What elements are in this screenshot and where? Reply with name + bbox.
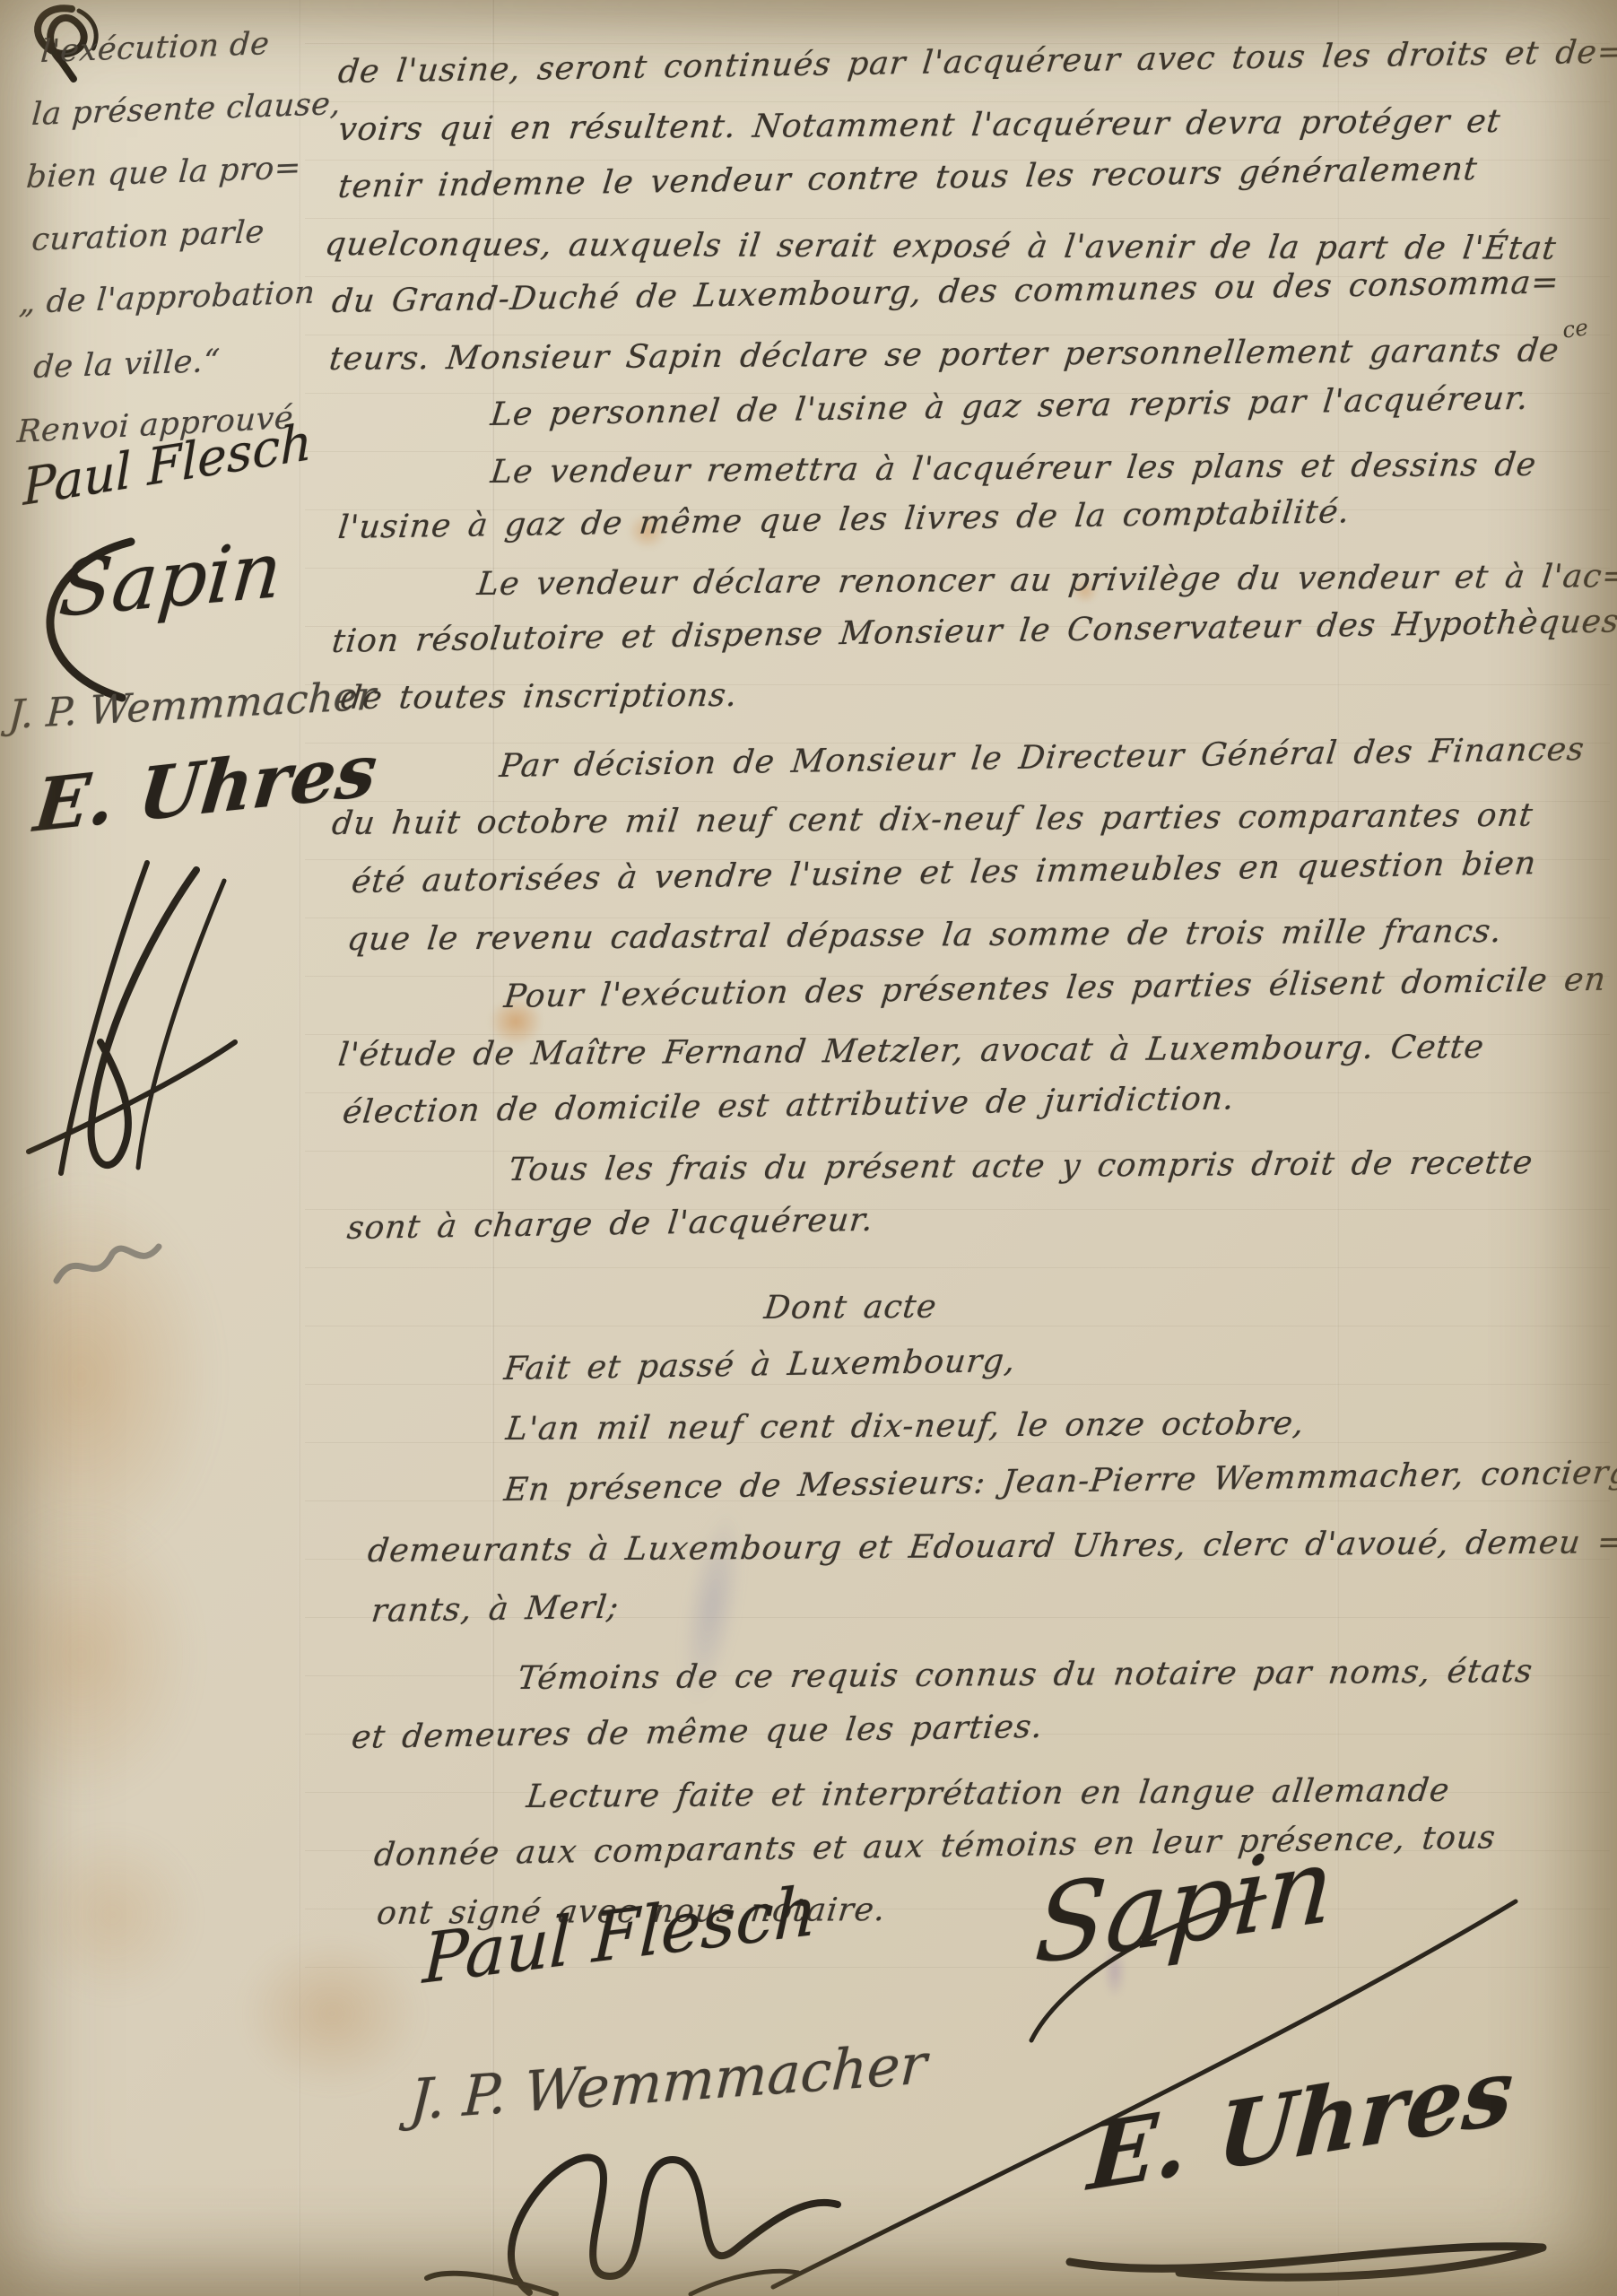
signature-uhres-underline: [1054, 2222, 1556, 2294]
stain: [242, 1937, 422, 2090]
manuscript-page: l'exécution de la présente clause, bien …: [0, 0, 1617, 2296]
signature-metzler-paraphe: [422, 2142, 852, 2296]
signature-flesch: Paul Flesch: [422, 1870, 819, 1999]
manuscript-line: l'étude de Maître Fernand Metzler, avoca…: [336, 1029, 1486, 1074]
manuscript-line: demeurants à Luxembourg et Edouard Uhres…: [366, 1524, 1617, 1570]
signature-metzler-paraphe-margin: [13, 854, 246, 1186]
manuscript-line: Pour l'exécution des présentes les parti…: [502, 961, 1608, 1015]
stain: [27, 1830, 197, 2000]
margin-note-line: de la ville.“: [32, 344, 221, 386]
manuscript-line: élection de domicile est attributive de …: [341, 1080, 1237, 1131]
manuscript-line: et demeures de même que les parties.: [350, 1709, 1045, 1756]
manuscript-line: rants, à Merl;: [369, 1589, 621, 1630]
manuscript-line: L'an mil neuf cent dix-neuf, le onze oct…: [504, 1405, 1307, 1448]
superscript-ce: ce: [1560, 314, 1590, 344]
manuscript-line: Le personnel de l'usine à gaz sera repri…: [489, 380, 1531, 433]
manuscript-line: quelconques, auxquels il serait exposé à…: [323, 226, 1559, 267]
signature-sapin-margin: Sapin: [56, 525, 285, 635]
manuscript-line: Par décision de Monsieur le Directeur Gé…: [498, 731, 1587, 785]
manuscript-line: du Grand-Duché de Luxembourg, des commun…: [330, 265, 1561, 320]
manuscript-line: sont à charge de l'acquéreur.: [345, 1202, 875, 1247]
manuscript-line: Le vendeur déclare renoncer au privilège…: [475, 558, 1617, 603]
manuscript-line: de l'usine, seront continués par l'acqué…: [336, 34, 1617, 91]
signature-uhres-margin: E. Uhres: [30, 726, 381, 848]
fold-crease: [298, 0, 300, 2296]
manuscript-line: tion résolutoire et dispense Monsieur le…: [330, 603, 1617, 660]
manuscript-line: Fait et passé à Luxembourg,: [502, 1343, 1018, 1387]
manuscript-line: du huit octobre mil neuf cent dix-neuf l…: [330, 797, 1535, 842]
margin-note-line: „ de l'approbation: [18, 275, 317, 321]
manuscript-line: Lecture faite et interprétation en langu…: [525, 1772, 1452, 1815]
margin-note-line: l'exécution de: [39, 26, 271, 70]
margin-note-line: la présente clause,: [30, 86, 343, 133]
manuscript-line-dont-acte: Dont acte: [762, 1289, 939, 1326]
margin-note-line: curation parle: [30, 214, 265, 258]
manuscript-line: de toutes inscriptions.: [339, 677, 740, 717]
manuscript-line: Le vendeur remettra à l'acquéreur les pl…: [489, 447, 1539, 491]
manuscript-line: l'usine à gaz de même que les livres de …: [336, 493, 1352, 546]
manuscript-line: Tous les frais du présent acte y compris…: [507, 1144, 1535, 1188]
manuscript-line: été autorisées à vendre l'usine et les i…: [350, 845, 1538, 900]
manuscript-line: voirs qui en résultent. Notamment l'acqu…: [336, 103, 1503, 148]
manuscript-line: tenir indemne le vendeur contre tous les…: [336, 151, 1480, 205]
margin-note-line: bien que la pro=: [25, 150, 302, 196]
pencil-mark: [49, 1227, 166, 1299]
manuscript-line: Témoins de ce requis connus du notaire p…: [516, 1653, 1534, 1697]
manuscript-line: En présence de Messieurs: Jean-Pierre We…: [502, 1454, 1617, 1509]
manuscript-line: que le revenu cadastral dépasse la somme…: [345, 913, 1504, 958]
manuscript-line: teurs. Monsieur Sapin déclare se porter …: [327, 332, 1561, 378]
stain: [0, 1507, 197, 1803]
